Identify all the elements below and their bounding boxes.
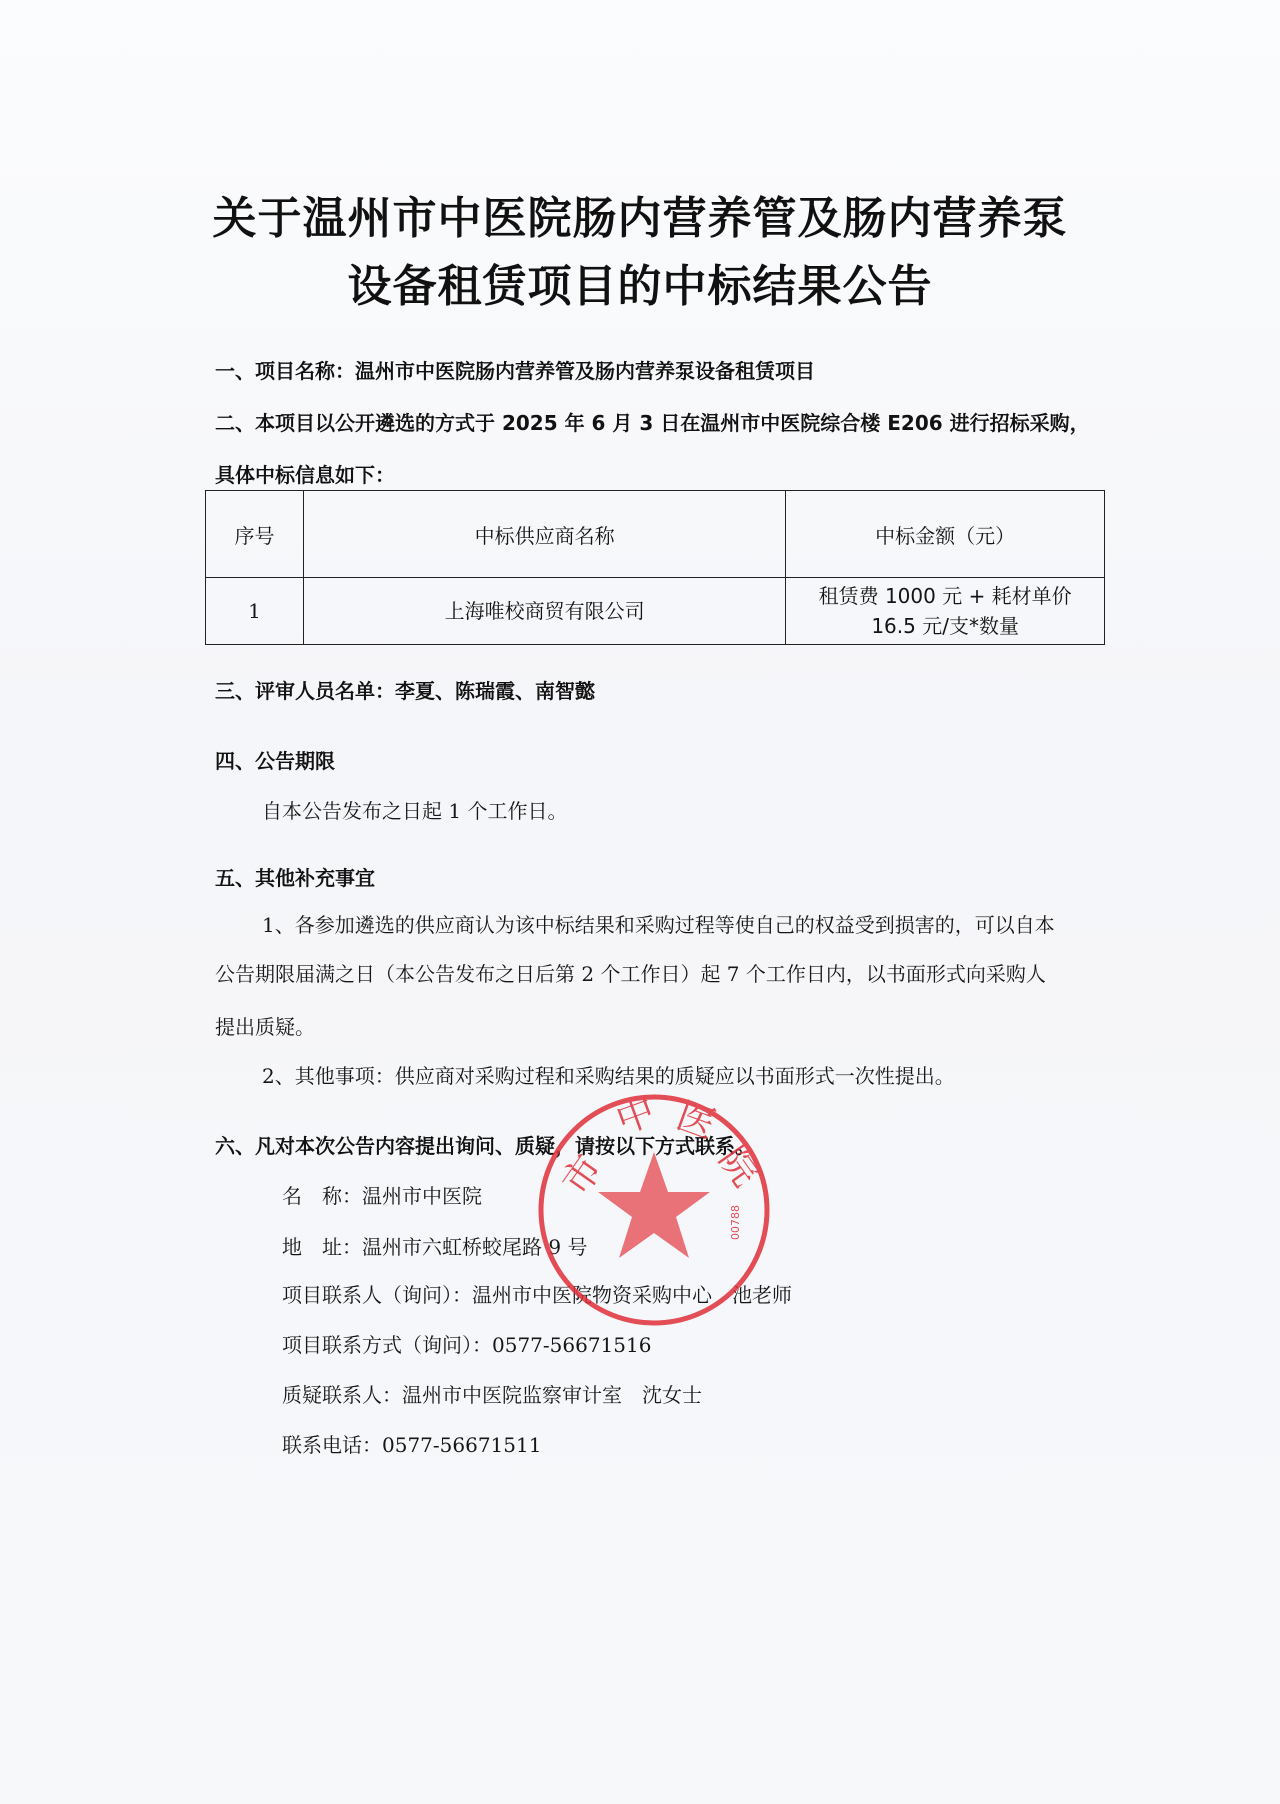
document-title-line-1: 关于温州市中医院肠内营养管及肠内营养泵 — [0, 182, 1280, 246]
table-row: 1 上海唯校商贸有限公司 租赁费 1000 元 + 耗材单价 16.5 元/支*… — [206, 578, 1105, 645]
contact-challenge-person-label: 质疑联系人： — [282, 1383, 402, 1407]
contact-inquiry-phone: 项目联系方式（询问）：0577-56671516 — [282, 1329, 651, 1358]
table-header-row: 序号 中标供应商名称 中标金额（元） — [206, 491, 1105, 578]
contact-inquiry-phone-label: 项目联系方式（询问）： — [282, 1333, 492, 1357]
amount-line-2: 16.5 元/支*数量 — [794, 611, 1096, 641]
contact-challenge-phone: 联系电话：0577-56671511 — [282, 1429, 541, 1458]
contact-challenge-phone-label: 联系电话： — [282, 1433, 382, 1457]
section-5-item-2: 2、其他事项：供应商对采购过程和采购结果的质疑应以书面形式一次性提出。 — [262, 1060, 955, 1089]
section-3-value: 李夏、陈瑞霞、南智懿 — [395, 679, 595, 703]
section-1-value: 温州市中医院肠内营养管及肠内营养泵设备租赁项目 — [355, 359, 815, 383]
contact-address-value: 温州市六虹桥蛟尾路 9 号 — [362, 1235, 587, 1259]
section-5-item-1-line-2: 公告期限届满之日（本公告发布之日后第 2 个工作日）起 7 个工作日内，以书面形… — [215, 958, 1046, 987]
header-supplier: 中标供应商名称 — [303, 491, 785, 578]
contact-challenge-person: 质疑联系人：温州市中医院监察审计室 沈女士 — [282, 1379, 702, 1408]
section-5-item-1-line-3: 提出质疑。 — [215, 1011, 315, 1040]
contact-name: 名 称：温州市中医院 — [282, 1180, 482, 1209]
contact-inquiry-person-label: 项目联系人（询问）： — [282, 1283, 472, 1307]
winning-bid-table: 序号 中标供应商名称 中标金额（元） 1 上海唯校商贸有限公司 租赁费 1000… — [205, 490, 1105, 645]
cell-amount: 租赁费 1000 元 + 耗材单价 16.5 元/支*数量 — [786, 578, 1105, 645]
seal-serial-number: 00788 — [729, 1205, 742, 1240]
section-1-label: 一、项目名称： — [215, 359, 355, 383]
section-1-project-name: 一、项目名称：温州市中医院肠内营养管及肠内营养泵设备租赁项目 — [215, 355, 815, 384]
section-4-body: 自本公告发布之日起 1 个工作日。 — [262, 795, 567, 824]
header-index: 序号 — [206, 491, 304, 578]
contact-inquiry-person: 项目联系人（询问）：温州市中医院物资采购中心 池老师 — [282, 1279, 792, 1308]
contact-inquiry-phone-value: 0577-56671516 — [492, 1333, 651, 1357]
section-3-reviewers: 三、评审人员名单：李夏、陈瑞霞、南智懿 — [215, 675, 595, 704]
contact-challenge-phone-value: 0577-56671511 — [382, 1433, 541, 1457]
contact-inquiry-person-value: 温州市中医院物资采购中心 池老师 — [472, 1283, 792, 1307]
cell-index: 1 — [206, 578, 304, 645]
scanned-document-page: 关于温州市中医院肠内营养管及肠内营养泵 设备租赁项目的中标结果公告 一、项目名称… — [0, 0, 1280, 1804]
section-2-line-2: 具体中标信息如下： — [215, 459, 395, 488]
contact-address: 地 址：温州市六虹桥蛟尾路 9 号 — [282, 1231, 587, 1260]
contact-address-label: 地 址： — [282, 1235, 362, 1259]
header-amount: 中标金额（元） — [786, 491, 1105, 578]
contact-name-label: 名 称： — [282, 1184, 362, 1208]
section-4-heading: 四、公告期限 — [215, 745, 335, 774]
section-3-label: 三、评审人员名单： — [215, 679, 395, 703]
contact-challenge-person-value: 温州市中医院监察审计室 沈女士 — [402, 1383, 702, 1407]
contact-name-value: 温州市中医院 — [362, 1184, 482, 1208]
section-5-heading: 五、其他补充事宜 — [215, 862, 375, 891]
document-title-line-2: 设备租赁项目的中标结果公告 — [0, 250, 1280, 314]
cell-supplier: 上海唯校商贸有限公司 — [303, 578, 785, 645]
section-6-heading: 六、凡对本次公告内容提出询问、质疑，请按以下方式联系。 — [215, 1130, 755, 1159]
amount-line-1: 租赁费 1000 元 + 耗材单价 — [794, 581, 1096, 611]
section-5-item-1-line-1: 1、各参加遴选的供应商认为该中标结果和采购过程等使自己的权益受到损害的，可以自本 — [262, 909, 1055, 938]
star-icon — [598, 1152, 710, 1258]
section-2-line-1: 二、本项目以公开遴选的方式于 2025 年 6 月 3 日在温州市中医院综合楼 … — [215, 407, 1090, 436]
